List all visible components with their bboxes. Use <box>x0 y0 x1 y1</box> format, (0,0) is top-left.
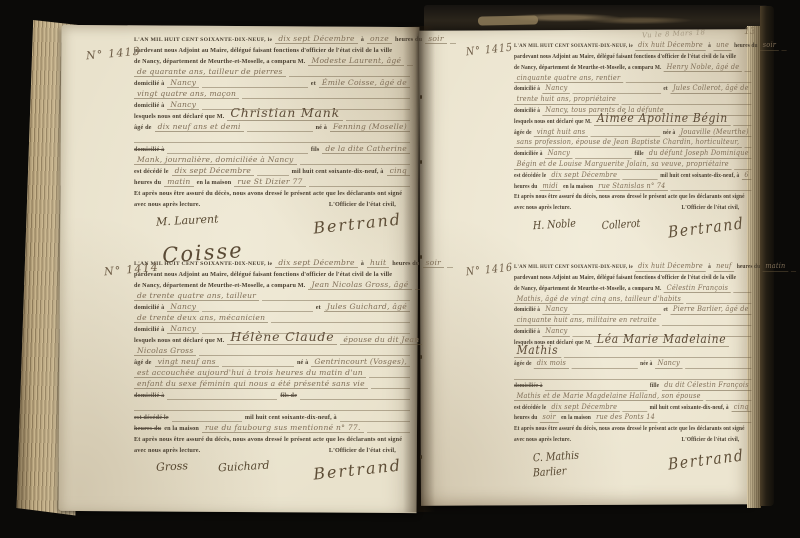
handwritten-text: Nancy <box>167 324 199 335</box>
declarant-signature: Guichard <box>218 459 270 475</box>
cover-leather-patch <box>478 15 538 25</box>
printed-text: heures du <box>737 263 760 272</box>
declarant-signature: M. Laurent <box>156 212 219 228</box>
printed-text: fils <box>311 146 320 155</box>
printed-text: pardevant nous Adjoint au Maire, délégué… <box>134 271 392 280</box>
declarant-signature: Gross <box>156 459 189 474</box>
blank-rule <box>369 375 410 378</box>
handwritten-text: de trente deux ans, mécanicien <box>134 313 268 324</box>
officer-label: L'Officier de l'état civil, <box>329 447 396 456</box>
act-line: âgé dedix neuf ans et deminé àFenning (M… <box>134 121 410 132</box>
printed-text: né à <box>297 359 308 368</box>
act-line: Et après nous être assuré du décès, nous… <box>514 423 751 434</box>
printed-text: et <box>663 85 667 94</box>
handwritten-text: dix sept Décembre <box>172 166 254 177</box>
handwritten-text: dix mois <box>534 358 568 369</box>
printed-text: domicilié à <box>134 326 164 335</box>
handwritten-text: 6 <box>742 170 752 181</box>
act-line: de Nancy, département de Meurthe-et-Mose… <box>514 283 751 294</box>
officer-label: L'Officier de l'état civil, <box>329 201 396 210</box>
handwritten-text: Nancy <box>167 100 199 111</box>
handwritten-text: Henry Noble, âgé de <box>664 62 742 73</box>
printed-text: avec nous après lecture. <box>514 204 571 213</box>
handwritten-text: Jules Collerot, âgé de <box>670 83 751 94</box>
printed-text: domicilié à <box>514 85 540 94</box>
act-1414: N° 1414L'AN MIL HUIT CENT SOIXANTE-DIX-N… <box>134 257 410 479</box>
printed-text: Et après nous être assuré du décès, nous… <box>514 193 745 202</box>
act-line: Mank, journalière, domiciliée à Nancy <box>134 154 410 165</box>
signatures-stack: C. MathisBarlier <box>533 450 579 478</box>
printed-text: de Nancy, département de Meurthe-et-Mose… <box>134 58 305 67</box>
act-line: cinquante huit ans, militaire en retrait… <box>514 315 751 326</box>
act-line: âgé devingt neuf ansné àGentrincourt (Vo… <box>134 356 410 367</box>
handwritten-text: Célestin François <box>664 283 731 294</box>
act-line: L'AN MIL HUIT CENT SOIXANTE-DIX-NEUF, le… <box>134 33 410 44</box>
act-1416: N° 1416L'AN MIL HUIT CENT SOIXANTE-DIX-N… <box>514 261 751 478</box>
blank-rule <box>745 69 752 72</box>
declarant-signature: C. Mathis <box>533 448 580 464</box>
printed-text: heures du <box>734 42 757 51</box>
printed-text: lesquels nous ont déclaré que M. <box>134 113 224 122</box>
handwritten-text: rue St Dizier 77 <box>234 177 305 188</box>
handwritten-text: Bégin et de Louise Marguerite Jolain, sa… <box>514 159 731 170</box>
act-line: domicilié àfils de <box>134 389 410 400</box>
name-text: Hélène Claude <box>227 329 337 345</box>
handwritten-text: sans profession, épouse de Jean Baptiste… <box>514 137 742 148</box>
printed-text: de Nancy, département de Meurthe-et-Mose… <box>514 64 661 73</box>
handwritten-text: dix sept Décembre <box>549 170 620 181</box>
printed-text: L'AN MIL HUIT CENT SOIXANTE-DIX-NEUF, le <box>134 37 272 45</box>
printed-text: à <box>708 42 711 51</box>
handwritten-text: onze <box>367 34 392 45</box>
act-line: domiciliée àfilledu dit Célestin Françoi… <box>514 380 751 391</box>
act-line: pardevant nous Adjoint au Maire, délégué… <box>514 51 751 62</box>
printed-text: mil huit cent soixante-dix-neuf, à <box>292 168 384 177</box>
act-line <box>134 132 410 143</box>
handwritten-text: soir <box>540 412 559 423</box>
act-line: de trente quatre ans, tailleur <box>134 290 410 301</box>
name-text: Christian Mank <box>227 105 343 121</box>
stitch-dot <box>420 355 422 359</box>
struck-text: domiciliée à <box>514 382 543 391</box>
handwritten-text: Mathis et de Marie Magdelaine Halland, s… <box>514 391 703 402</box>
act-line: heures dumidien la maisonrue Stanislas n… <box>514 180 751 191</box>
printed-text: de Nancy, département de Meurthe-et-Mose… <box>514 285 661 294</box>
printed-text: est décédée le <box>514 404 546 413</box>
handwritten-text: trente huit ans, propriétaire <box>514 94 619 105</box>
act-line: L'AN MIL HUIT CENT SOIXANTE-DIX-NEUF, le… <box>514 40 751 51</box>
handwritten-text: Nancy <box>167 78 199 89</box>
officer-signature: Bertrand <box>667 445 745 473</box>
handwritten-text: dix sept Décembre <box>275 34 357 45</box>
stitch-dot <box>420 455 422 459</box>
printed-text: pardevant nous Adjoint au Maire, délégué… <box>134 47 392 56</box>
signatures-row: C. MathisBarlierBertrand <box>514 450 751 478</box>
printed-text: en la maison <box>561 414 591 423</box>
act-line: Et après nous être assuré du décès, nous… <box>134 433 410 444</box>
printed-text: âgé de <box>134 124 152 133</box>
printed-text: heures du <box>514 414 537 423</box>
handwritten-text: de quarante ans, tailleur de pierres <box>134 67 286 78</box>
printed-text: L'AN MIL HUIT CENT SOIXANTE-DIX-NEUF, le <box>514 43 633 51</box>
act-line: de Nancy, département de Meurthe-et-Mose… <box>514 62 751 73</box>
act-line: est décédé lemil huit cent soixante-dix-… <box>134 411 410 422</box>
act-line <box>514 369 751 380</box>
blank-rule <box>671 188 752 191</box>
blank-rule <box>134 408 410 411</box>
name-text: Aimée Apolline Bégin <box>594 110 730 126</box>
act-line: Mathis, âgé de vingt cinq ans, tailleur … <box>514 293 751 304</box>
printed-text: mil huit cent soixante-dix-neuf, à <box>660 172 739 181</box>
blank-rule <box>407 63 413 66</box>
blank-rule <box>685 366 751 369</box>
handwritten-text: Gentrincourt (Vosges), <box>311 357 410 368</box>
act-line: L'AN MIL HUIT CENT SOIXANTE-DIX-NEUF, le… <box>514 261 751 272</box>
printed-text: domicilié à <box>514 306 540 315</box>
act-line: enfant du sexe féminin qui nous a été pr… <box>134 378 410 389</box>
handwritten-text: enfant du sexe féminin qui nous a été pr… <box>134 379 368 390</box>
stitch-dot <box>420 95 422 99</box>
struck-text: est décédé le <box>134 414 169 423</box>
handwritten-text: vingt huit ans <box>534 127 588 138</box>
printed-text: Et après nous être assuré du décès, nous… <box>134 190 402 199</box>
act-line: heures dusoiren la maisonrue des Ponts 1… <box>514 412 751 423</box>
printed-text: heures du <box>392 260 419 269</box>
act-line: L'AN MIL HUIT CENT SOIXANTE-DIX-NEUF, le… <box>134 257 410 268</box>
declarant-signature: Collerot <box>601 217 640 232</box>
act-line: Mathis et de Marie Magdelaine Halland, s… <box>514 391 751 402</box>
printed-text: lesquels nous ont déclaré que M. <box>514 118 592 127</box>
act-line: de Nancy, département de Meurthe-et-Mose… <box>134 55 410 66</box>
act-line: lesquels nous ont déclaré que M.Christia… <box>134 110 410 121</box>
printed-text: née à <box>663 129 675 138</box>
blank-rule <box>247 129 313 132</box>
printed-text: mil huit cent soixante-dix-neuf, à <box>245 414 337 423</box>
act-line: domicilié àfilsde la dite Catherine <box>134 143 410 154</box>
handwritten-text: soir <box>423 258 445 269</box>
blank-rule <box>781 48 786 51</box>
stitch-dot <box>420 160 422 164</box>
printed-text: pardevant nous Adjoint au Maire, délégué… <box>514 274 736 283</box>
printed-text: domicilié à <box>514 107 540 116</box>
handwritten-text: épouse du dit Jean <box>340 335 422 346</box>
act-line: avec nous après lecture.L'Officier de l'… <box>514 202 751 213</box>
handwritten-text: du dit Célestin François <box>662 380 752 391</box>
handwritten-text: dix huit Décembre <box>636 261 706 272</box>
struck-text: heures du <box>134 425 161 434</box>
handwritten-text: rue Stanislas n° 74 <box>596 181 668 192</box>
blank-rule <box>660 420 751 423</box>
printed-text: née à <box>640 360 652 369</box>
act-line: âgée devingt huit ansnée àJouaville (Meu… <box>514 126 751 137</box>
printed-text: heures du <box>134 179 161 188</box>
act-line: pardevant nous Adjoint au Maire, délégué… <box>514 272 751 283</box>
handwritten-text: Nancy <box>655 358 682 369</box>
handwritten-text: dix sept Décembre <box>275 258 357 269</box>
handwritten-text: une <box>714 40 732 51</box>
printed-text: L'AN MIL HUIT CENT SOIXANTE-DIX-NEUF, le <box>514 264 633 272</box>
act-line: avec nous après lecture.L'Officier de l'… <box>514 434 751 445</box>
handwritten-text: Nicolas Gross <box>134 346 196 357</box>
printed-text: domicilié à <box>134 304 164 313</box>
printed-text: lesquels nous ont déclaré que M. <box>134 337 224 346</box>
printed-text: en la maison <box>197 179 232 188</box>
act-line: est accouchée aujourd'hui à trois heures… <box>134 367 410 378</box>
blank-rule <box>571 366 637 369</box>
act-line: sans profession, épouse de Jean Baptiste… <box>514 137 751 148</box>
declarant-signature: H. Noble <box>533 216 576 232</box>
handwritten-text: Nancy <box>167 302 199 313</box>
printed-text: à <box>708 263 711 272</box>
blank-rule <box>242 96 410 99</box>
declarant-signature: Barlier <box>533 463 580 479</box>
handwritten-text: vingt neuf ans <box>155 357 219 368</box>
printed-text: et <box>663 306 667 315</box>
act-line: de trente deux ans, mécanicien <box>134 312 410 323</box>
printed-text: avec nous après lecture. <box>134 201 200 210</box>
act-1415: N° 1415L'AN MIL HUIT CENT SOIXANTE-DIX-N… <box>514 40 751 237</box>
signatures-row: GrossGuichardBertrand <box>134 460 410 479</box>
handwritten-text: midi <box>540 181 561 192</box>
handwritten-text: soir <box>425 34 447 45</box>
act-line: est décédée ledix sept Décembremil huit … <box>514 170 751 181</box>
printed-text: Et après nous être assuré du décès, nous… <box>134 436 402 445</box>
printed-text: mil huit cent soixante-dix-neuf, à <box>650 404 729 413</box>
act-line: Nicolas Gross <box>134 345 410 356</box>
act-1413: N° 1413L'AN MIL HUIT CENT SOIXANTE-DIX-N… <box>134 33 410 259</box>
printed-text: avec nous après lecture. <box>134 447 200 456</box>
act-line: de quarante ans, tailleur de pierres <box>134 66 410 77</box>
handwritten-text: dix neuf ans et demi <box>155 122 244 133</box>
printed-text: et <box>316 304 321 313</box>
blank-rule <box>662 323 752 326</box>
printed-text: est décédée le <box>514 172 546 181</box>
struck-text: domicilié à <box>134 392 164 401</box>
printed-text: domicilié à <box>514 328 540 337</box>
blank-rule <box>367 430 410 433</box>
handwritten-text: Jouaville (Meurthe) <box>678 127 751 138</box>
handwritten-text: Fenning (Moselle) <box>330 122 410 133</box>
printed-text: âgée de <box>514 360 532 369</box>
act-line: de Nancy, département de Meurthe-et-Mose… <box>134 279 410 290</box>
printed-text: domiciliée à <box>514 150 543 159</box>
officer-label: L'Officier de l'état civil, <box>682 436 740 445</box>
printed-text: né à <box>316 124 327 133</box>
handwritten-text: de la dite Catherine <box>322 144 410 155</box>
handwritten-text: vingt quatre ans, maçon <box>134 89 239 100</box>
act-line: domicilié àNancyetÉmile Coisse, âgé de <box>134 77 410 88</box>
act-line: âgée dedix moisnée àNancy <box>514 358 751 369</box>
printed-text: à <box>361 260 364 269</box>
handwritten-text: cinq <box>731 402 751 413</box>
handwritten-text: huit <box>367 258 389 269</box>
handwritten-text: Mank, journalière, domiciliée à Nancy <box>134 155 297 166</box>
blank-rule <box>271 320 410 323</box>
printed-text: en la maison <box>164 425 199 434</box>
act-line: domicilié àNancyetPierre Barlier, âgé de <box>514 304 751 315</box>
handwritten-text: matin <box>164 177 193 188</box>
act-line: avec nous après lecture.L'Officier de l'… <box>134 198 410 209</box>
handwritten-text: Mathis, âgé de vingt cinq ans, tailleur … <box>514 294 684 305</box>
act-line: Et après nous être assuré du décès, nous… <box>134 187 410 198</box>
handwritten-text: Jules Guichard, âgé <box>324 302 410 313</box>
handwritten-text: rue des Ponts 14 <box>594 412 658 423</box>
signatures-row: H. NobleCollerotBertrand <box>514 218 751 237</box>
handwritten-text: soir <box>760 40 779 51</box>
act-line: avec nous après lecture.L'Officier de l'… <box>134 444 410 455</box>
blank-rule <box>371 386 410 389</box>
act-line: est décédé ledix sept Décembremil huit c… <box>134 165 410 176</box>
act-line: trente huit ans, propriétaire <box>514 94 751 105</box>
handwritten-text: Nancy <box>543 304 570 315</box>
act-line: pardevant nous Adjoint au Maire, délégué… <box>134 268 410 279</box>
act-line: lesquels nous ont déclaré que M.Hélène C… <box>134 334 410 345</box>
blank-rule <box>450 41 456 44</box>
handwritten-text: Pierre Barlier, âgé de <box>670 304 751 315</box>
handwritten-text: cinq <box>387 166 410 177</box>
printed-text: domicilié à <box>134 102 164 111</box>
handwritten-text: matin <box>763 261 788 272</box>
printed-text: en la maison <box>563 183 593 192</box>
struck-text: domicilié à <box>134 146 164 155</box>
printed-text: heures du <box>514 183 537 192</box>
printed-text: Et après nous être assuré du décès, nous… <box>514 425 745 434</box>
printed-text: à <box>361 36 364 45</box>
act-line: domiciliée àNancyfilledu défunt Joseph D… <box>514 148 751 159</box>
book-cover-right <box>760 6 774 506</box>
handwritten-text: Modeste Laurent, âgé <box>308 56 404 67</box>
handwritten-text: Nancy <box>543 83 570 94</box>
printed-text: et <box>311 80 316 89</box>
act-line: est décédée ledix sept Décembremil huit … <box>514 401 751 412</box>
handwritten-text: Jean Nicolas Gross, âgé <box>308 280 411 291</box>
blank-rule <box>300 397 410 400</box>
handwritten-text: neuf <box>714 261 735 272</box>
printed-text: est décédé le <box>134 168 169 177</box>
blank-rule <box>309 184 410 187</box>
printed-text: âgé de <box>134 359 152 368</box>
officer-label: L'Officier de l'état civil, <box>682 204 740 213</box>
blank-rule <box>791 269 796 272</box>
act-line: cinquante quatre ans, rentier <box>514 72 751 83</box>
struck-text: fils de <box>280 392 297 401</box>
handwritten-text: Émile Coisse, âgé de <box>319 78 410 89</box>
handwritten-text: rue du faubourg sus mentionné n° 77. <box>202 423 364 434</box>
register-book-photo: Vu le 8 Mars 18 13 N° 1413L'AN MIL HUIT … <box>0 0 800 538</box>
blank-rule <box>447 265 453 268</box>
act-line: vingt quatre ans, maçon <box>134 88 410 99</box>
handwritten-text: dix sept Décembre <box>549 402 620 413</box>
act-line: lesquels nous ont déclaré que M.Aimée Ap… <box>514 116 751 127</box>
handwritten-text: cinquante huit ans, militaire en retrait… <box>514 315 659 326</box>
act-line: pardevant nous Adjoint au Maire, délégué… <box>134 44 410 55</box>
handwritten-text: Nancy <box>543 326 570 337</box>
folio-number: 13 <box>744 27 755 37</box>
printed-text: heures du <box>395 36 422 45</box>
act-line <box>134 400 410 411</box>
name-text: Léa Marie Madelaine <box>594 331 729 347</box>
printed-text: fille <box>650 382 659 391</box>
act-line: Mathis <box>514 347 751 358</box>
act-line: Bégin et de Louise Marguerite Jolain, sa… <box>514 159 751 170</box>
printed-text: pardevant nous Adjoint au Maire, délégué… <box>514 53 736 62</box>
act-line: domicilié àNancyetJules Guichard, âgé <box>134 301 410 312</box>
act-line: domicilié àNancyetJules Collerot, âgé de <box>514 83 751 94</box>
handwritten-text: du défunt Joseph Dominique <box>646 148 751 159</box>
handwritten-text: est accouchée aujourd'hui à trois heures… <box>134 368 366 379</box>
handwritten-text: dix huit Décembre <box>636 40 706 51</box>
blank-rule <box>733 290 751 293</box>
printed-text: domicilié à <box>134 80 164 89</box>
act-line: Et après nous être assuré du décès, nous… <box>514 191 751 202</box>
handwritten-text: de trente quatre ans, tailleur <box>134 291 259 302</box>
handwritten-text: Nancy <box>545 148 572 159</box>
blank-rule <box>167 397 277 400</box>
blank-rule <box>415 287 421 290</box>
act-line: heures dumatinen la maisonrue St Dizier … <box>134 176 410 187</box>
printed-text: âgée de <box>514 129 532 138</box>
printed-text: avec nous après lecture. <box>514 436 571 445</box>
name-text: Mathis <box>514 342 561 358</box>
handwritten-text: cinquante quatre ans, rentier <box>514 73 623 84</box>
printed-text: fille <box>635 150 644 159</box>
printed-text: de Nancy, département de Meurthe-et-Mose… <box>134 282 305 291</box>
act-line: heures duen la maisonrue du faubourg sus… <box>134 422 410 433</box>
